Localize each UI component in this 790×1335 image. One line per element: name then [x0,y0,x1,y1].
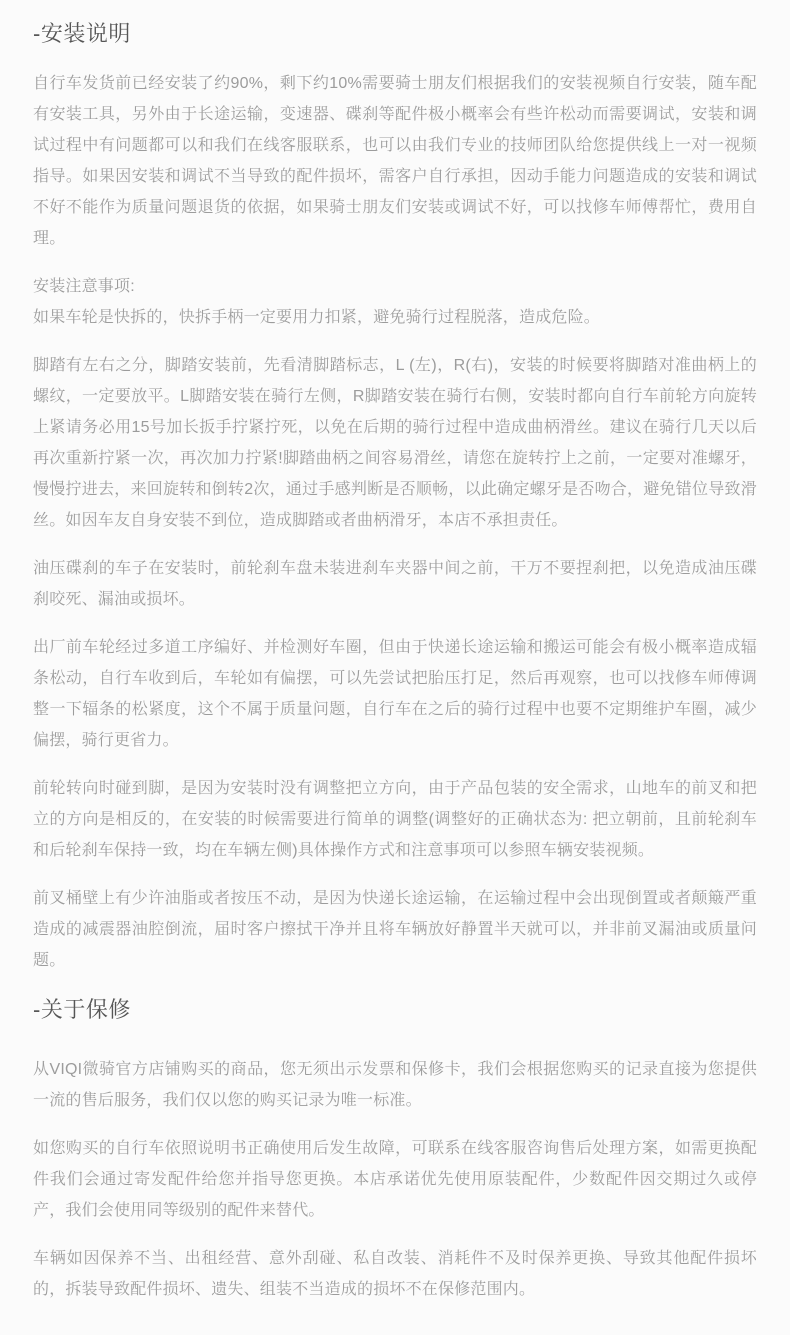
warranty-record-paragraph: 从VIQI微骑官方店铺购买的商品，您无须出示发票和保修卡，我们会根据您购买的记录… [33,1054,757,1116]
installation-intro-paragraph: 自行车发货前已经安装了约90%，剩下约10%需要骑士朋友们根据我们的安装视频自行… [33,68,757,254]
stem-direction-paragraph: 前轮转向时碰到脚，是因为安装时没有调整把立方向，由于产品包装的安全需求，山地车的… [33,773,757,866]
warranty-exclusions-paragraph: 车辆如因保养不当、出租经营、意外刮碰、私自改装、消耗件不及时保养更换、导致其他配… [33,1243,757,1305]
warranty-parts-paragraph: 如您购买的自行车依照说明书正确使用后发生故障，可联系在线客服咨询售后处理方案，如… [33,1133,757,1226]
hydraulic-brake-paragraph: 油压碟刹的车子在安装时，前轮刹车盘未装进刹车夹器中间之前，干万不要捏刹把，以免造… [33,553,757,615]
pedal-installation-paragraph: 脚踏有左右之分，脚踏安装前，先看清脚踏标志，L (左)，R(右)，安装的时候要将… [33,350,757,536]
section-warranty: -关于保修 从VIQI微骑官方店铺购买的商品，您无须出示发票和保修卡，我们会根据… [33,992,757,1305]
installation-section-heading: -安装说明 [33,16,757,52]
product-description-page: -安装说明 自行车发货前已经安装了约90%，剩下约10%需要骑士朋友们根据我们的… [0,0,790,1335]
section-installation: -安装说明 自行车发货前已经安装了约90%，剩下约10%需要骑士朋友们根据我们的… [33,16,757,976]
wheel-spoke-paragraph: 出厂前车轮经过多道工序编好、并检测好车圈，但由于快递长途运输和搬运可能会有极小概… [33,632,757,756]
warranty-section-heading: -关于保修 [33,992,757,1028]
installation-notes-paragraph: 安装注意事项: 如果车轮是快拆的，快拆手柄一定要用力扣紧，避免骑行过程脱落，造成… [33,271,757,333]
front-fork-grease-paragraph: 前叉桶壁上有少许油脂或者按压不动，是因为快递长途运输，在运输过程中会出现倒置或者… [33,883,757,976]
